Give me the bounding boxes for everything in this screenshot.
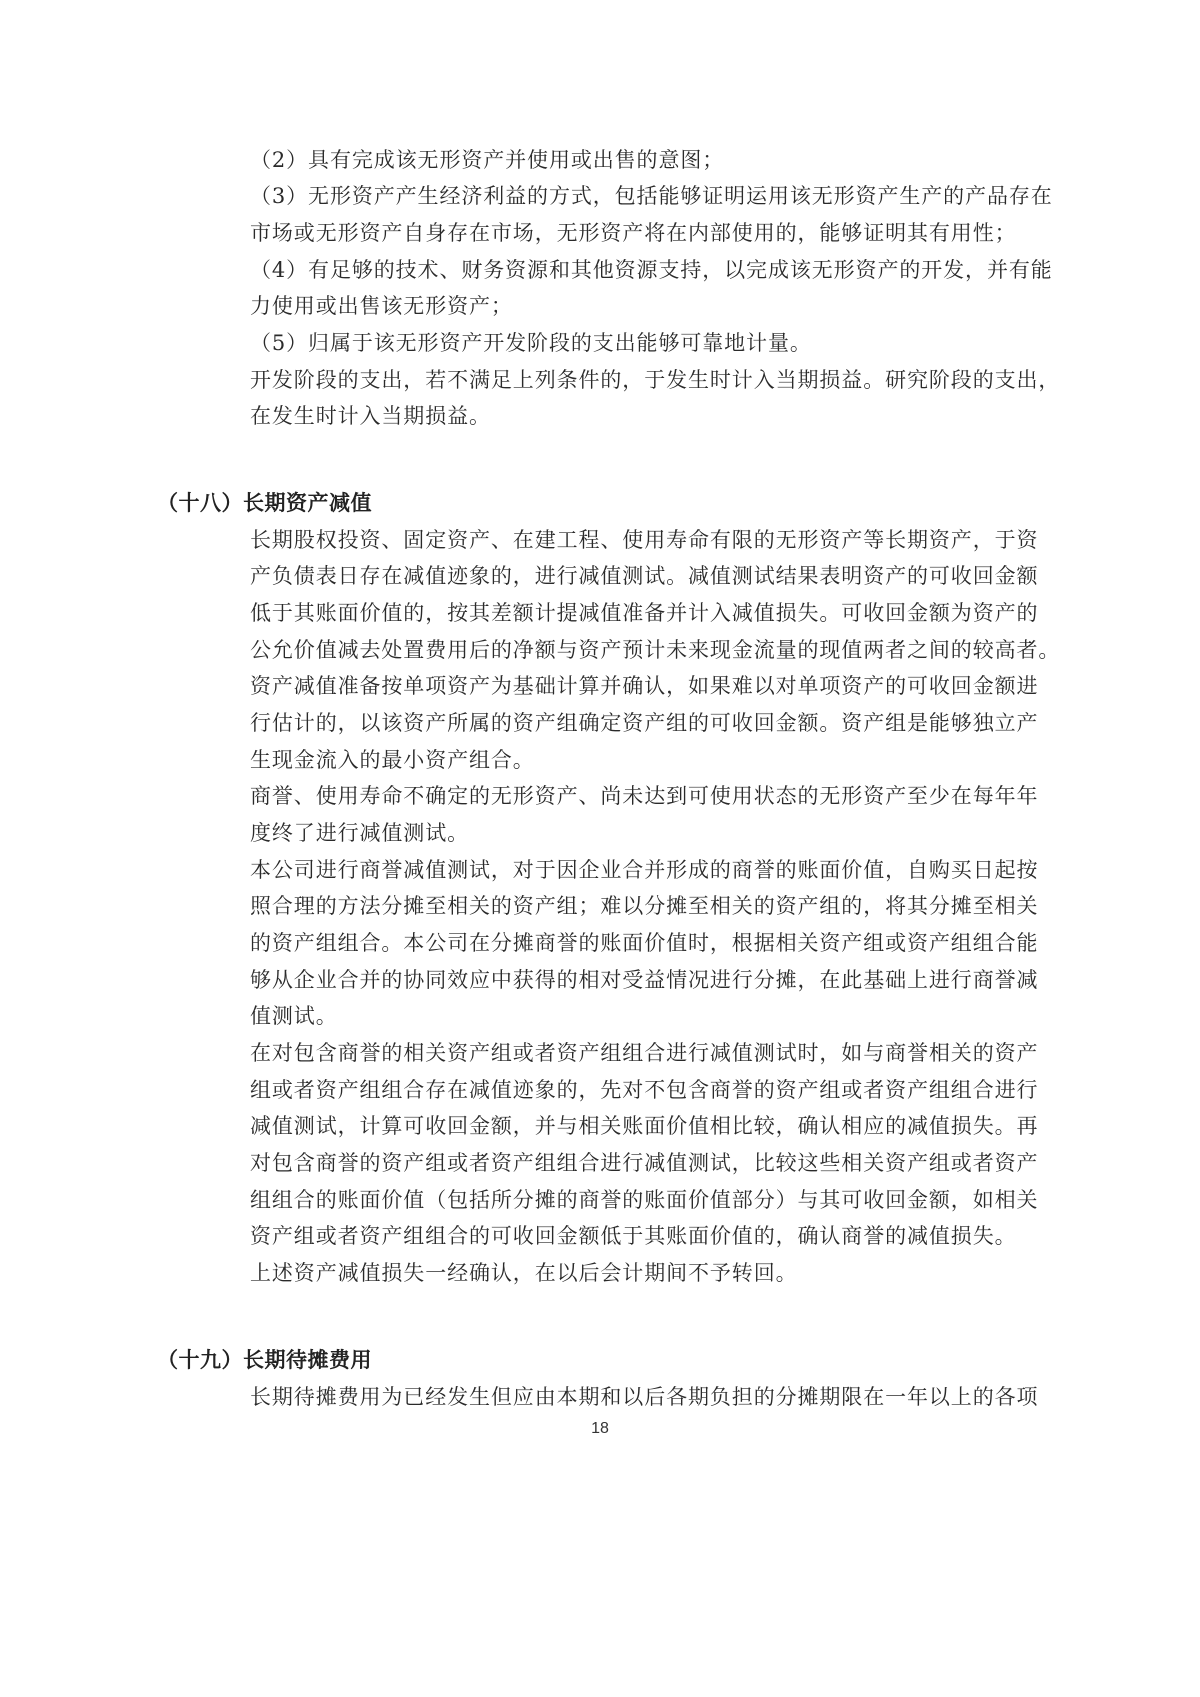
paragraph-line: 商誉、使用寿命不确定的无形资产、尚未达到可使用状态的无形资产至少在每年年 xyxy=(250,782,1038,810)
paragraph-line: （5）归属于该无形资产开发阶段的支出能够可靠地计量。 xyxy=(250,329,812,357)
paragraph-line: 低于其账面价值的，按其差额计提减值准备并计入减值损失。可收回金额为资产的 xyxy=(250,599,1038,627)
paragraph-line: 在发生时计入当期损益。 xyxy=(250,402,491,430)
paragraph-line: 生现金流入的最小资产组合。 xyxy=(250,746,535,774)
paragraph-line: 长期待摊费用为已经发生但应由本期和以后各期负担的分摊期限在一年以上的各项 xyxy=(250,1383,1038,1411)
paragraph-line: 开发阶段的支出，若不满足上列条件的，于发生时计入当期损益。研究阶段的支出， xyxy=(250,366,1060,394)
paragraph-line: 力使用或出售该无形资产； xyxy=(250,292,513,320)
paragraph-line: （3）无形资产产生经济利益的方式，包括能够证明运用该无形资产生产的产品存在 xyxy=(250,182,1053,210)
paragraph-line: 值测试。 xyxy=(250,1002,338,1030)
paragraph-line: 在对包含商誉的相关资产组或者资产组组合进行减值测试时，如与商誉相关的资产 xyxy=(250,1039,1038,1067)
paragraph-line: 产负债表日存在减值迹象的，进行减值测试。减值测试结果表明资产的可收回金额 xyxy=(250,562,1038,590)
paragraph-line: 减值测试，计算可收回金额，并与相关账面价值相比较，确认相应的减值损失。再 xyxy=(250,1112,1038,1140)
paragraph-line: （4）有足够的技术、财务资源和其他资源支持，以完成该无形资产的开发，并有能 xyxy=(250,256,1053,284)
paragraph-line: 上述资产减值损失一经确认，在以后会计期间不予转回。 xyxy=(250,1259,798,1287)
paragraph-line: 照合理的方法分摊至相关的资产组；难以分摊至相关的资产组的，将其分摊至相关 xyxy=(250,892,1038,920)
paragraph-line: 长期股权投资、固定资产、在建工程、使用寿命有限的无形资产等长期资产，于资 xyxy=(250,526,1038,554)
paragraph-line: 行估计的，以该资产所属的资产组确定资产组的可收回金额。资产组是能够独立产 xyxy=(250,709,1038,737)
paragraph-line: 本公司进行商誉减值测试，对于因企业合并形成的商誉的账面价值，自购买日起按 xyxy=(250,856,1038,884)
document-page: （2）具有完成该无形资产并使用或出售的意图； （3）无形资产产生经济利益的方式，… xyxy=(0,0,1200,1697)
paragraph-line: 度终了进行减值测试。 xyxy=(250,819,469,847)
paragraph-line: 公允价值减去处置费用后的净额与资产预计未来现金流量的现值两者之间的较高者。 xyxy=(250,636,1060,664)
paragraph-line: 够从企业合并的协同效应中获得的相对受益情况进行分摊，在此基础上进行商誉减 xyxy=(250,966,1038,994)
paragraph-line: 组组合的账面价值（包括所分摊的商誉的账面价值部分）与其可收回金额，如相关 xyxy=(250,1186,1038,1214)
section-heading-19: （十九）长期待摊费用 xyxy=(157,1346,372,1374)
page-number: 18 xyxy=(0,1420,1200,1438)
paragraph-line: 对包含商誉的资产组或者资产组组合进行减值测试，比较这些相关资产组或者资产 xyxy=(250,1149,1038,1177)
section-heading-18: （十八）长期资产减值 xyxy=(157,489,372,517)
paragraph-line: 组或者资产组组合存在减值迹象的，先对不包含商誉的资产组或者资产组组合进行 xyxy=(250,1076,1038,1104)
paragraph-line: （2）具有完成该无形资产并使用或出售的意图； xyxy=(250,146,724,174)
paragraph-line: 市场或无形资产自身存在市场，无形资产将在内部使用的，能够证明其有用性； xyxy=(250,219,1017,247)
paragraph-line: 资产组或者资产组组合的可收回金额低于其账面价值的，确认商誉的减值损失。 xyxy=(250,1222,1017,1250)
paragraph-line: 的资产组组合。本公司在分摊商誉的账面价值时，根据相关资产组或资产组组合能 xyxy=(250,929,1038,957)
paragraph-line: 资产减值准备按单项资产为基础计算并确认，如果难以对单项资产的可收回金额进 xyxy=(250,672,1038,700)
